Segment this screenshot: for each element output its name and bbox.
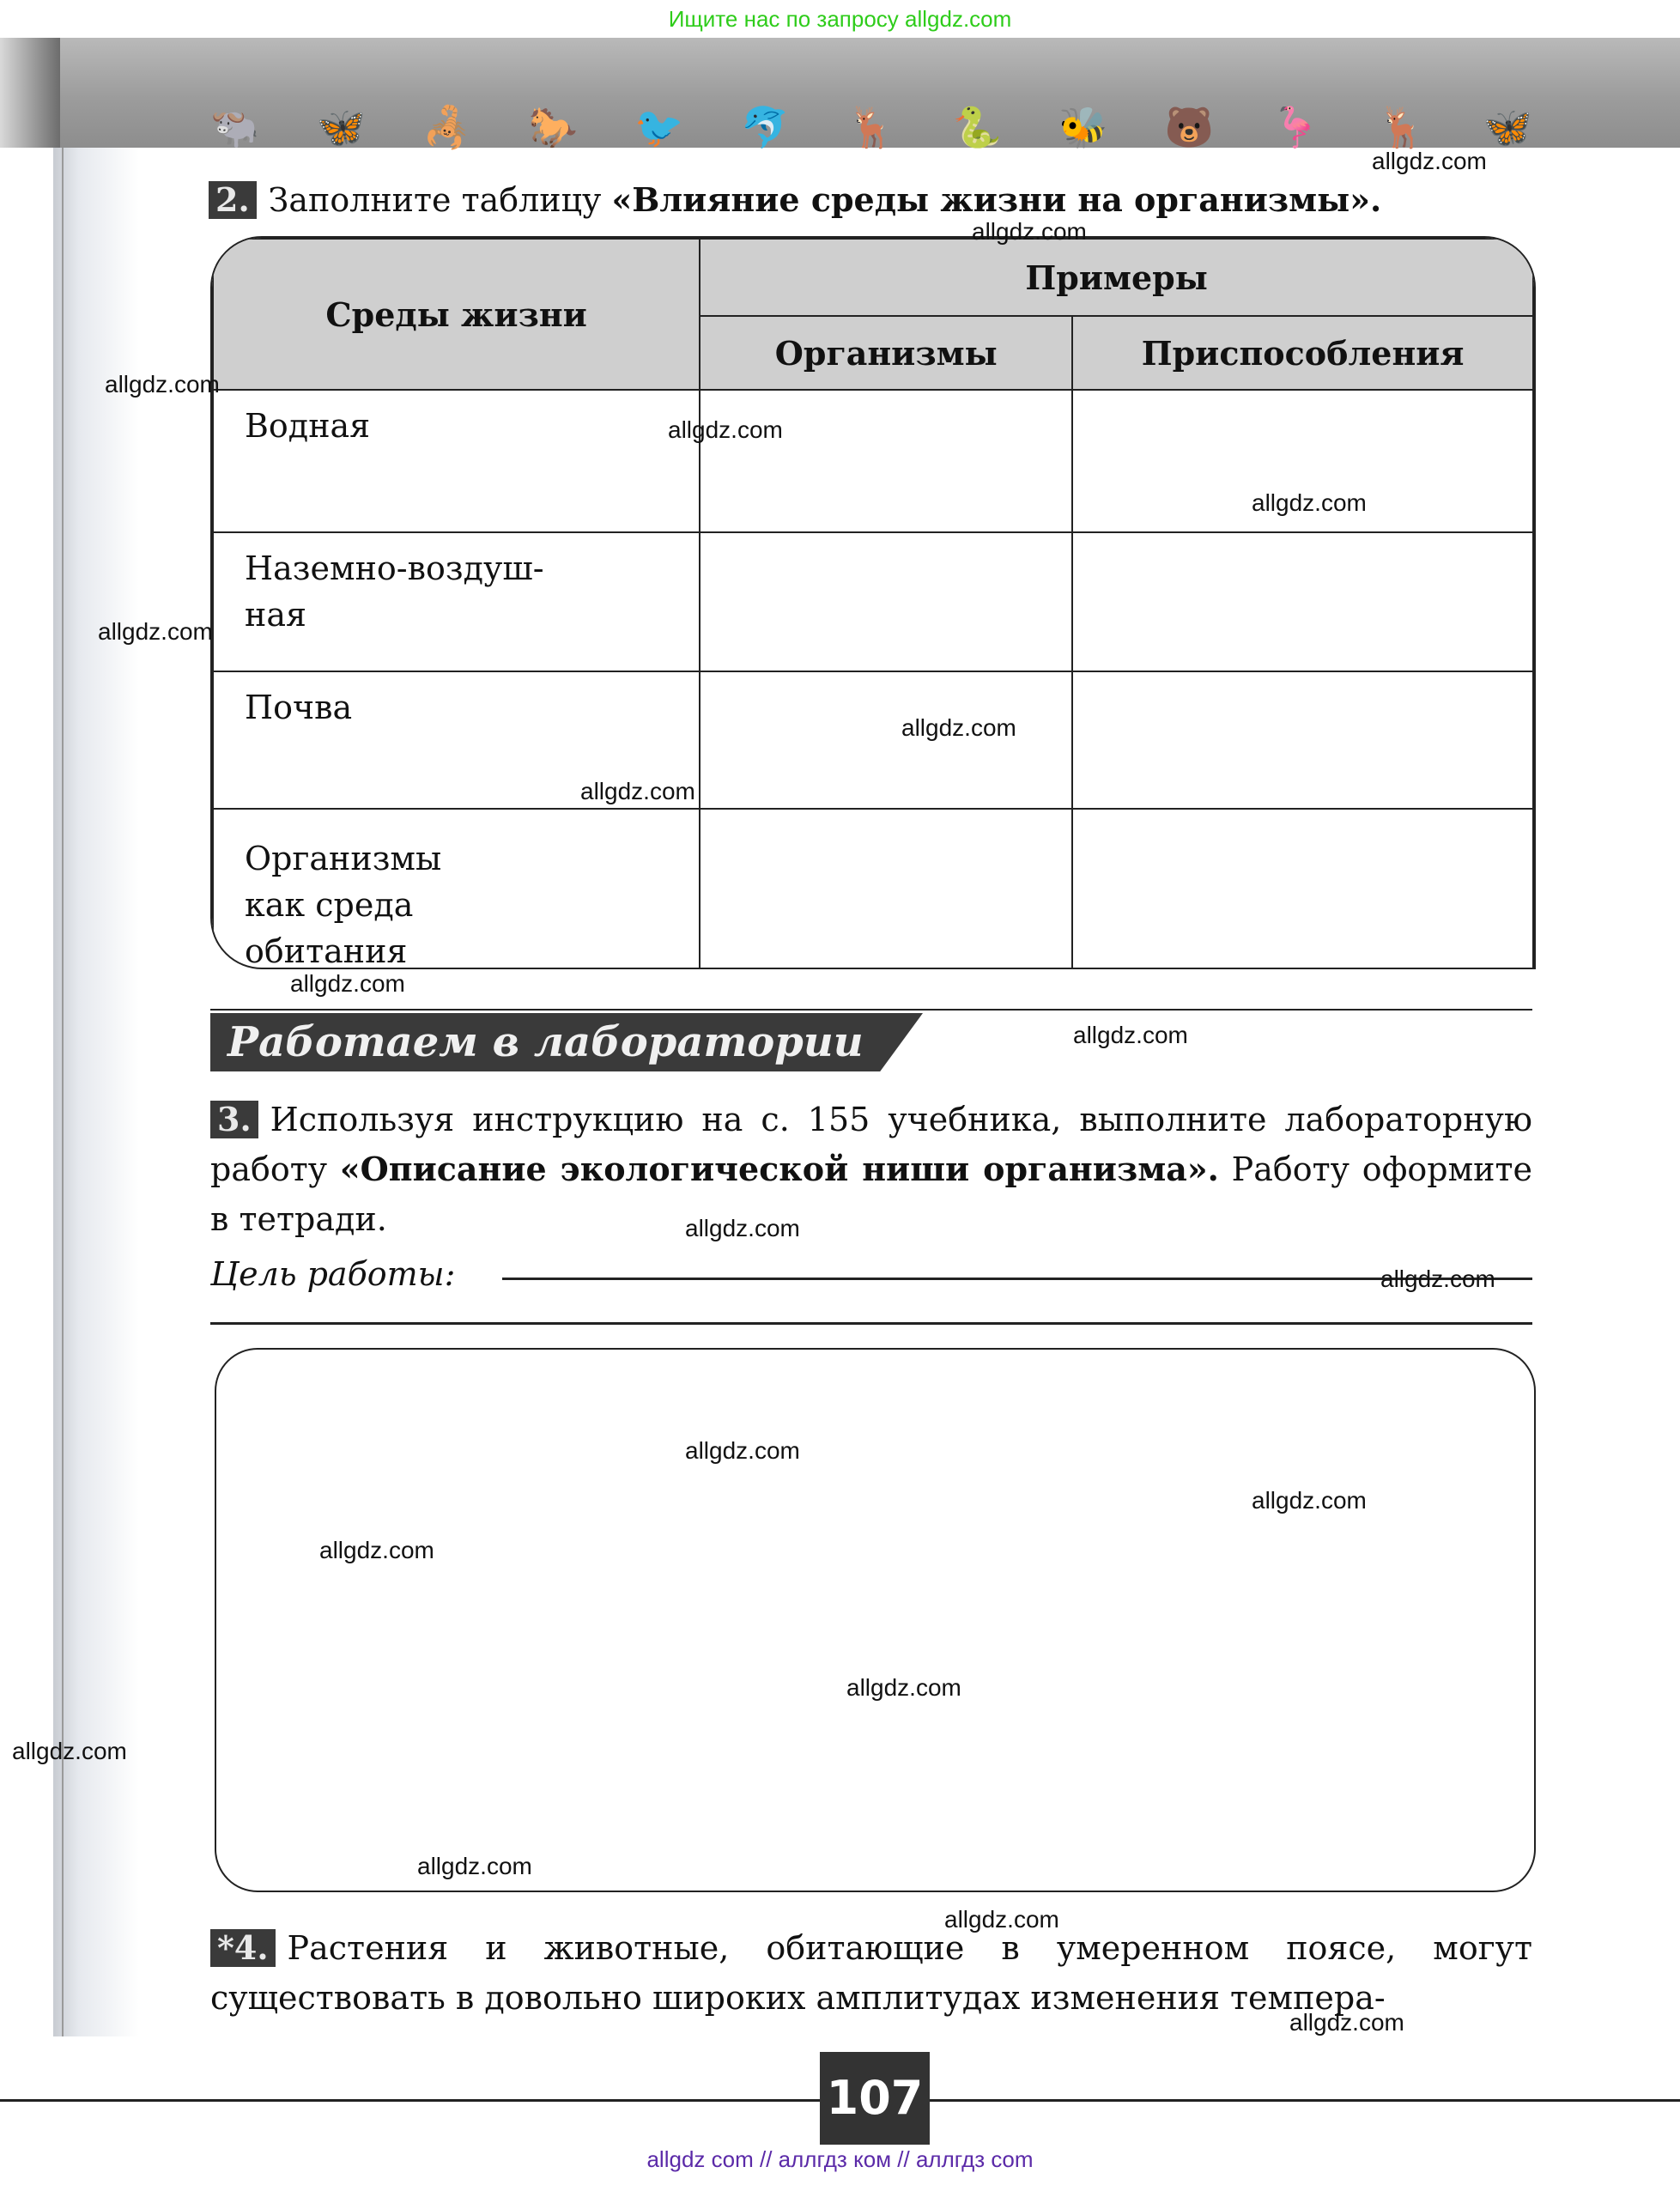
bee-icon: 🐝 [1058, 105, 1107, 149]
watermark: allgdz.com [12, 1738, 127, 1765]
task-number-badge: 3. [210, 1101, 258, 1138]
organisms-cell[interactable] [700, 809, 1072, 969]
bird-icon: 🐦 [634, 105, 683, 149]
watermark: allgdz.com [972, 218, 1087, 246]
adaptations-cell[interactable] [1072, 532, 1533, 671]
watermark: allgdz.com [944, 1906, 1059, 1933]
antelope-icon: 🦌 [846, 105, 895, 149]
bison-icon: 🐃 [210, 105, 259, 149]
watermark: allgdz.com [1380, 1265, 1495, 1293]
col-header-environment: Среды жизни [213, 239, 700, 390]
watermark: allgdz.com [901, 714, 1016, 742]
table-row: Наземно-воздуш-ная [213, 532, 1533, 671]
watermark: allgdz.com [580, 778, 695, 805]
watermark: allgdz.com [290, 970, 405, 998]
task-3-title: «Описание экологической ниши организма». [340, 1150, 1219, 1188]
table-row: Почва [213, 671, 1533, 809]
animal-strip: 🐃 🦋 🦂 🐎 🐦 🐬 🦌 🐍 🐝 🐻 🦩 🦌 🦋 [210, 101, 1532, 149]
butterfly-icon: 🦋 [1483, 105, 1532, 149]
task-number-badge: *4. [210, 1929, 276, 1967]
col-header-adaptations: Приспособления [1072, 316, 1533, 390]
watermark: allgdz.com [1372, 148, 1487, 175]
watermark: allgdz.com [685, 1215, 800, 1242]
watermark: allgdz.com [417, 1853, 532, 1880]
scorpion-icon: 🦂 [422, 105, 471, 149]
adaptations-cell[interactable] [1072, 809, 1533, 969]
watermark: allgdz.com [668, 416, 783, 444]
organisms-cell[interactable] [700, 671, 1072, 809]
watermark: allgdz.com [105, 371, 220, 398]
horse-icon: 🐎 [529, 105, 578, 149]
watermark: allgdz.com [319, 1537, 434, 1564]
snake-icon: 🐍 [953, 105, 1002, 149]
env-cell: Наземно-воздуш-ная [213, 532, 700, 671]
watermark: allgdz.com [1073, 1022, 1188, 1049]
watermark: allgdz.com [685, 1437, 800, 1465]
bottom-banner: allgdz com // аллгдз ком // аллгдз com [0, 2146, 1680, 2173]
watermark: allgdz.com [98, 618, 213, 646]
page-number: 107 [820, 2052, 930, 2145]
deer-icon: 🦌 [1377, 105, 1426, 149]
task-2-heading: 2.Заполните таблицу «Влияние среды жизни… [209, 179, 1381, 222]
col-header-organisms: Организмы [700, 316, 1072, 390]
table-row: Организмы как среда обитания [213, 809, 1533, 969]
watermark: allgdz.com [846, 1674, 961, 1702]
goal-input-line-2[interactable] [210, 1322, 1532, 1325]
watermark: allgdz.com [1289, 2009, 1404, 2036]
task-4-text: *4.Растения и животные, обитающие в умер… [210, 1923, 1532, 2023]
goal-label: Цель работы: [210, 1249, 455, 1299]
watermark: allgdz.com [1252, 1487, 1367, 1514]
organisms-cell[interactable] [700, 390, 1072, 532]
bear-icon: 🐻 [1165, 105, 1214, 149]
top-banner: Ищите нас по запросу allgdz.com [0, 0, 1680, 38]
section-divider [210, 1009, 1532, 1011]
dolphin-icon: 🐬 [741, 105, 790, 149]
env-cell: Водная [213, 390, 700, 532]
goal-input-line[interactable] [502, 1278, 1532, 1280]
task-4-body: Растения и животные, обитающие в умеренн… [210, 1929, 1532, 2017]
col-header-examples: Примеры [700, 239, 1533, 316]
task-2-title: «Влияние среды жизни на организмы». [612, 180, 1382, 219]
task-2-text: Заполните таблицу [269, 181, 612, 219]
env-cell: Организмы как среда обитания [213, 809, 700, 969]
organisms-cell[interactable] [700, 532, 1072, 671]
lab-section-title: Работаем в лаборатории [210, 1013, 923, 1071]
answer-box[interactable] [215, 1348, 1536, 1892]
task-3-text: 3.Используя инструкцию на с. 155 учебник… [210, 1095, 1532, 1244]
butterfly-icon: 🦋 [317, 105, 366, 149]
adaptations-cell[interactable] [1072, 671, 1533, 809]
watermark: allgdz.com [1252, 489, 1367, 517]
environment-table: Среды жизни Примеры Организмы Приспособл… [210, 236, 1536, 969]
ostrich-icon: 🦩 [1271, 105, 1319, 149]
task-number-badge: 2. [209, 181, 257, 219]
